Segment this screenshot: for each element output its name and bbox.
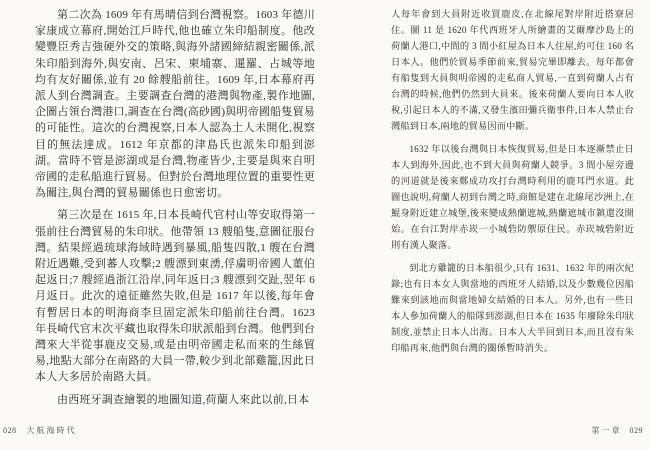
left-page-number: 028 — [3, 426, 17, 435]
right-paragraph-3: 到北方雞籠的日本船很少,只有 1631、1632 年的兩次紀錄;也有日本女人與當… — [391, 260, 634, 356]
right-paragraph-2: 1632 年以後台灣與日本恢復貿易,但是日本逐漸禁止日本人到海外,因此,也不到大… — [391, 141, 634, 253]
left-page-text: 第二次為 1609 年有馬晴信到台灣視察。1603 年德川家康成立幕府,開始江戶… — [35, 7, 315, 414]
right-page-footer: 第一章029 — [592, 425, 644, 436]
left-page-footer: 028大航海時代 — [3, 425, 77, 436]
right-paragraph-1: 人每年會到大員附近收買鹿皮,在北線尾對岸附近搭寮居住。圖 11 是 1620 年… — [391, 6, 634, 134]
left-paragraph-2: 第三次是在 1615 年,日本長崎代官村山等安取得第一張前往台灣貿易的朱印狀。他… — [35, 207, 315, 385]
right-page-number: 029 — [630, 426, 644, 435]
right-page-text: 人每年會到大員附近收買鹿皮,在北線尾對岸附近搭寮居住。圖 11 是 1620 年… — [391, 6, 634, 363]
left-paragraph-1: 第二次為 1609 年有馬晴信到台灣視察。1603 年德川家康成立幕府,開始江戶… — [35, 7, 315, 201]
book-spread: 第二次為 1609 年有馬晴信到台灣視察。1603 年德川家康成立幕府,開始江戶… — [0, 0, 650, 450]
chapter-title: 第一章 — [592, 426, 622, 435]
left-paragraph-3: 由西班牙調查繪製的地圖知道,荷蘭人來此以前,日本 — [35, 392, 315, 408]
book-title: 大航海時代 — [27, 426, 77, 435]
